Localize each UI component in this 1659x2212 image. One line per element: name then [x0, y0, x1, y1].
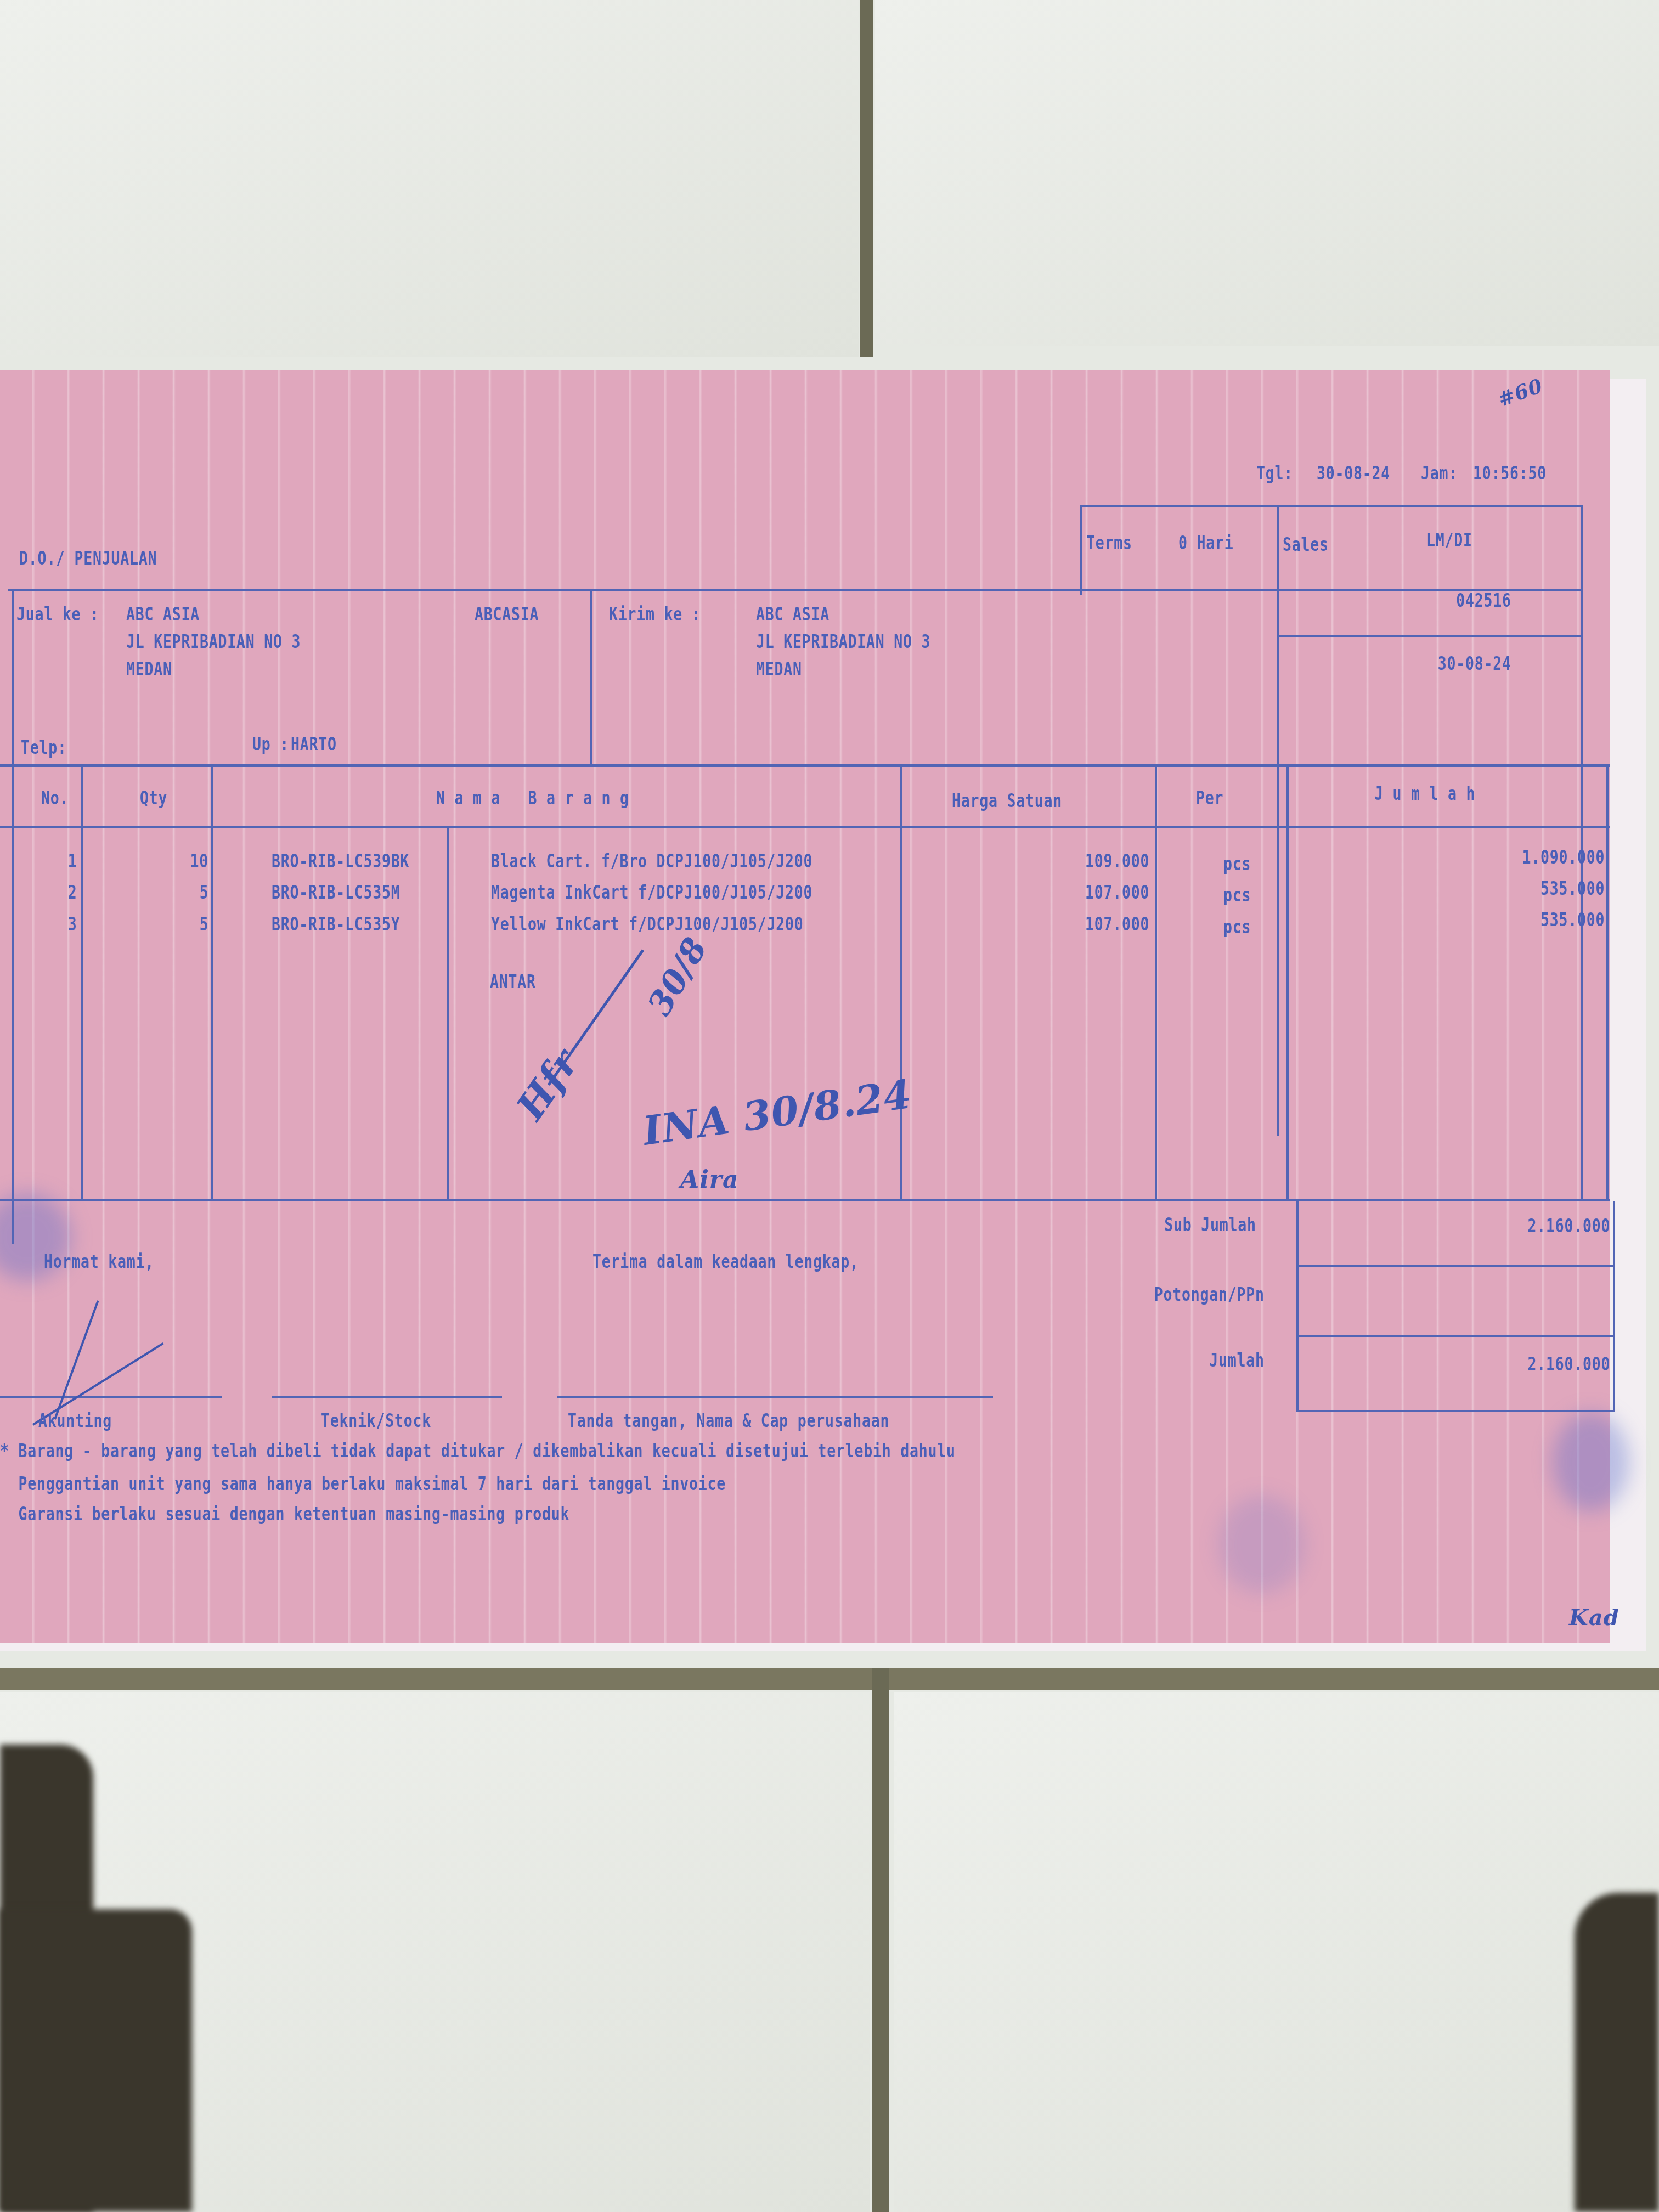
- sub-jumlah-value: 2.160.000: [1527, 1215, 1610, 1237]
- terms-line-1: * Barang - barang yang telah dibeli tida…: [0, 1440, 956, 1462]
- signature-line: [0, 1396, 222, 1398]
- rule: [1296, 1265, 1615, 1267]
- col-header-jumlah: J u m l a h: [1374, 783, 1475, 805]
- row-code: BRO-RIB-LC535Y: [272, 913, 400, 935]
- terms-line-3: Garansi berlaku sesuai dengan ketentuan …: [0, 1503, 569, 1525]
- row-no: 1: [67, 850, 77, 872]
- jual-ke-code: ABCASIA: [475, 603, 539, 625]
- rule: [211, 764, 213, 1200]
- delivery-note: ANTAR: [490, 971, 536, 993]
- jual-ke-name: ABC ASIA: [126, 603, 200, 625]
- sign-akunting: Akunting: [38, 1410, 112, 1432]
- row-qty: 10: [190, 850, 208, 872]
- row-harga: 109.000: [1085, 850, 1149, 872]
- signature-stroke: [548, 949, 644, 1086]
- jumlah-label: Jumlah: [1210, 1350, 1265, 1372]
- terms-line-2: Penggantian unit yang sama hanya berlaku…: [0, 1473, 726, 1495]
- sub-jumlah-label: Sub Jumlah: [1165, 1214, 1256, 1236]
- tile-grout: [860, 0, 873, 357]
- jual-ke-city: MEDAN: [126, 658, 172, 680]
- jumlah-value: 2.160.000: [1527, 1353, 1610, 1375]
- rule: [12, 589, 14, 1244]
- invoice-sheet: #60 Tgl: 30-08-24 Jam: 10:56:50 Terms 0 …: [0, 370, 1610, 1643]
- sign-tanda: Tanda tangan, Nama & Cap perusahaan: [568, 1410, 889, 1432]
- floor-tile: [875, 0, 1659, 346]
- rule: [81, 764, 83, 1200]
- rule: [1296, 1410, 1615, 1412]
- tile-grout: [0, 1668, 1659, 1690]
- rule: [8, 589, 1583, 591]
- jam-value: 10:56:50: [1473, 462, 1547, 484]
- invoice-number: 042516: [1457, 590, 1511, 612]
- rule: [1296, 1335, 1615, 1337]
- sign-teknik: Teknik/Stock: [321, 1410, 431, 1432]
- col-header-nama: N a m a B a r a n g: [436, 787, 629, 809]
- kirim-ke-name: ABC ASIA: [756, 603, 830, 625]
- row-per: pcs: [1223, 884, 1251, 906]
- rule: [1613, 1201, 1615, 1412]
- handwritten-date: 30/8: [640, 931, 715, 1022]
- jam-label: Jam:: [1421, 462, 1458, 484]
- telp-label: Telp:: [21, 737, 67, 759]
- row-no: 3: [67, 913, 77, 935]
- tgl-label: Tgl:: [1256, 462, 1293, 484]
- row-code: BRO-RIB-LC535M: [272, 882, 400, 904]
- hand-shadow: [0, 1909, 192, 2212]
- rule: [1080, 505, 1082, 595]
- rule: [1278, 635, 1583, 637]
- col-header-qty: Qty: [140, 787, 167, 809]
- tgl-value: 30-08-24: [1317, 462, 1390, 484]
- signature-stroke: [54, 1300, 99, 1419]
- rule: [447, 826, 449, 1200]
- col-header-per: Per: [1196, 787, 1223, 809]
- row-qty: 5: [199, 882, 208, 904]
- rule: [0, 1199, 1610, 1201]
- floor-tile: [0, 0, 859, 357]
- row-qty: 5: [199, 913, 208, 935]
- rule: [0, 826, 1610, 828]
- rule: [590, 589, 592, 764]
- tile-grout: [872, 1668, 889, 2212]
- row-desc: Magenta InkCart f/DCPJ100/J105/J200: [491, 882, 812, 904]
- handwritten-name: Aira: [680, 1166, 739, 1194]
- col-header-harga: Harga Satuan: [952, 790, 1062, 812]
- kirim-ke-city: MEDAN: [756, 658, 802, 680]
- row-jumlah: 535.000: [1541, 909, 1605, 931]
- row-jumlah: 535.000: [1541, 878, 1605, 900]
- row-no: 2: [67, 882, 77, 904]
- rule: [1296, 1201, 1299, 1412]
- ink-smudge: [1218, 1495, 1306, 1594]
- row-desc: Yellow InkCart f/DCPJ100/J105/J200: [491, 913, 803, 935]
- sales-label: Sales: [1283, 534, 1329, 556]
- row-harga: 107.000: [1085, 882, 1149, 904]
- signature-line: [272, 1396, 502, 1398]
- up-label: Up :: [252, 733, 289, 755]
- jual-ke-address: JL KEPRIBADIAN NO 3: [126, 631, 301, 653]
- handwritten-receipt: INA 30/8.24: [640, 1070, 914, 1154]
- invoice-date: 30-08-24: [1438, 653, 1511, 675]
- row-harga: 107.000: [1085, 913, 1149, 935]
- row-desc: Black Cart. f/Bro DCPJ100/J105/J200: [491, 850, 812, 872]
- col-header-no: No.: [41, 787, 69, 809]
- rule: [1286, 764, 1289, 1200]
- row-code: BRO-RIB-LC539BK: [272, 850, 409, 872]
- up-value: HARTO: [291, 733, 337, 755]
- sales-value: LM/DI: [1426, 529, 1472, 551]
- rule: [1277, 505, 1279, 1136]
- rule: [1080, 505, 1583, 507]
- corner-note: #60: [1495, 374, 1546, 411]
- rule: [0, 764, 1610, 767]
- row-per: pcs: [1223, 916, 1251, 938]
- handwritten-initials: Kad: [1569, 1605, 1620, 1630]
- rule: [900, 764, 902, 1200]
- rule: [1606, 764, 1609, 1200]
- ink-smudge: [1553, 1413, 1629, 1511]
- signature-line: [557, 1396, 993, 1398]
- terms-value: 0 Hari: [1178, 532, 1233, 554]
- document-title: D.O./ PENJUALAN: [19, 548, 157, 569]
- terms-label: Terms: [1086, 532, 1132, 554]
- row-per: pcs: [1223, 853, 1251, 875]
- terima-text: Terima dalam keadaan lengkap,: [592, 1251, 859, 1273]
- hand-shadow: [1575, 1893, 1659, 2212]
- rule: [1155, 764, 1157, 1200]
- floor-tile: [894, 1692, 1659, 2212]
- kirim-ke-label: Kirim ke :: [609, 603, 701, 625]
- kirim-ke-address: JL KEPRIBADIAN NO 3: [756, 631, 930, 653]
- jual-ke-label: Jual ke :: [16, 603, 99, 625]
- hormat-kami: Hormat kami,: [44, 1251, 154, 1273]
- row-jumlah: 1.090.000: [1522, 847, 1605, 868]
- potongan-label: Potongan/PPn: [1154, 1284, 1265, 1306]
